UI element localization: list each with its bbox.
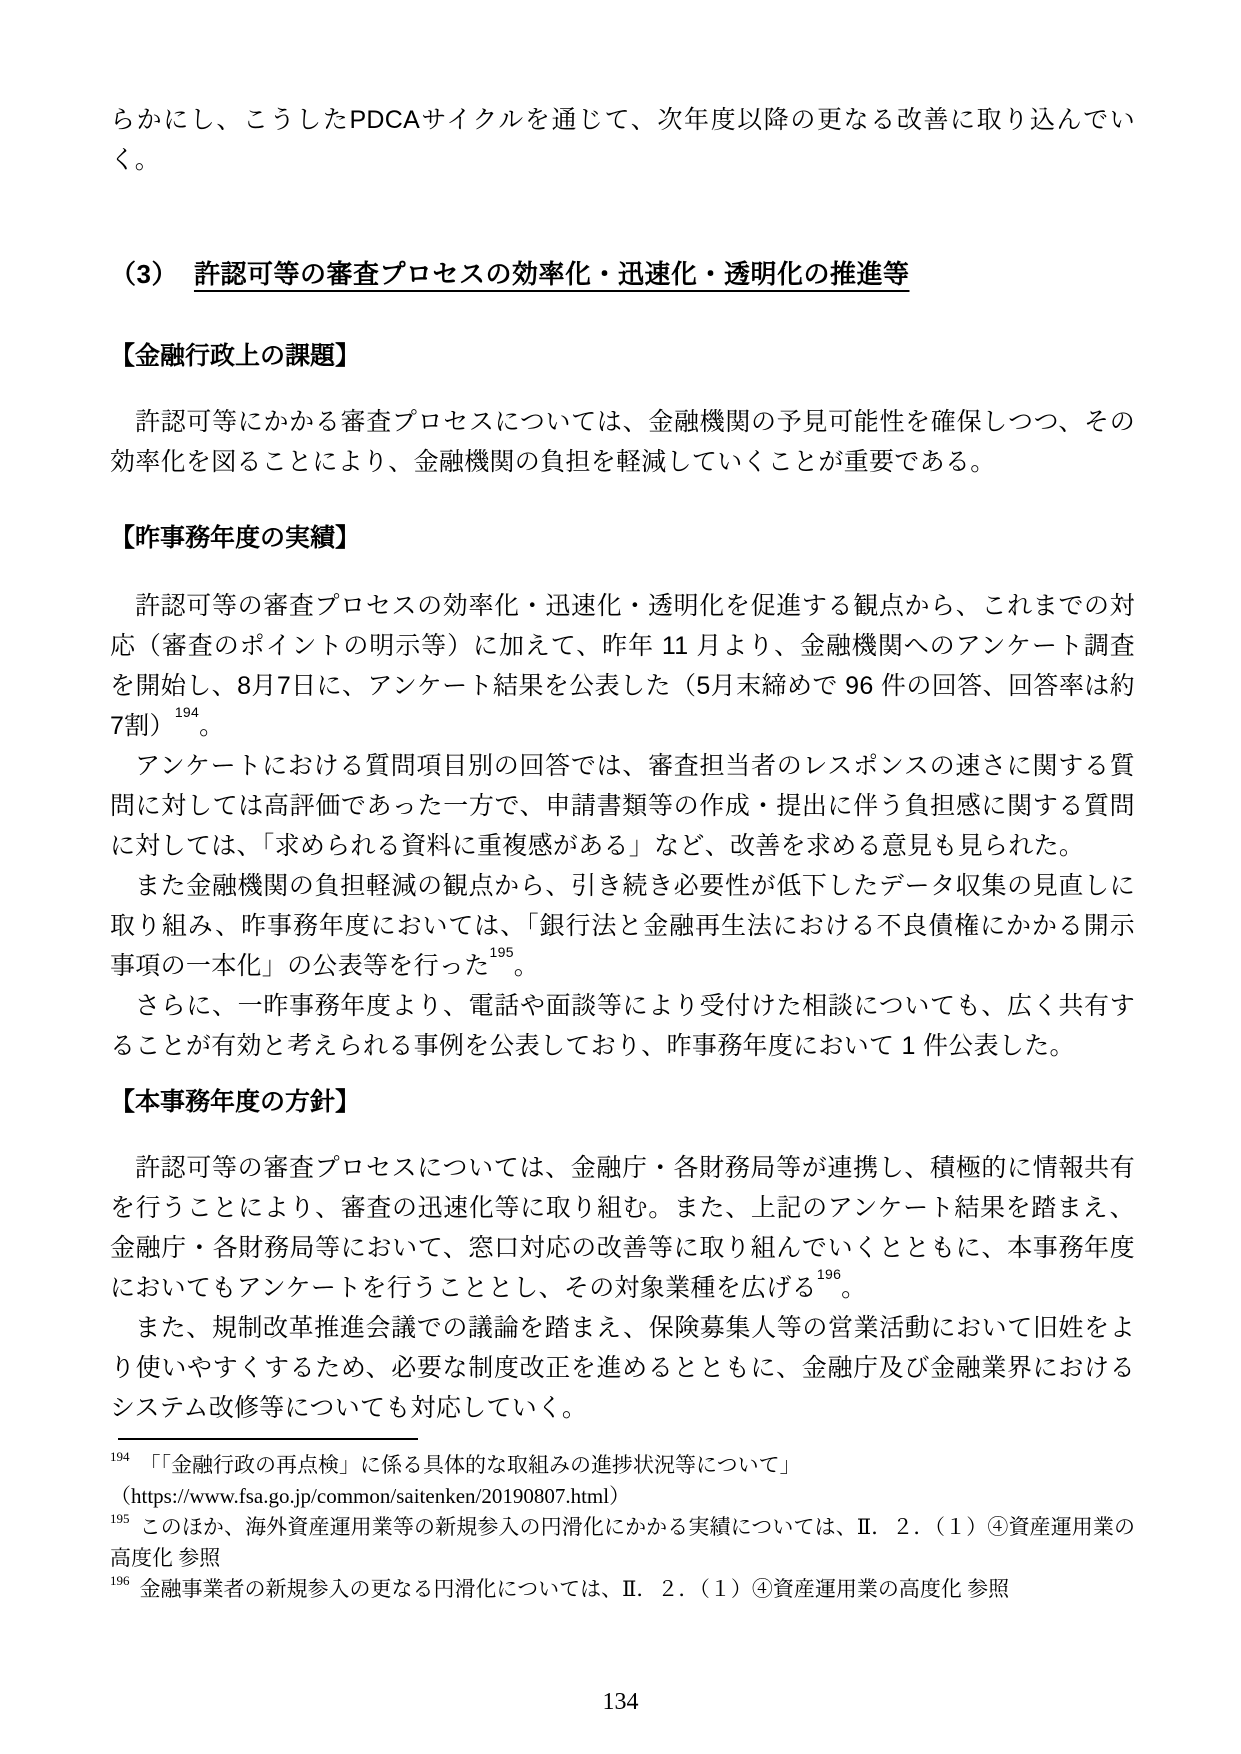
footnote-number-196: 196: [110, 1573, 130, 1588]
subheading-houshin: 【本事務年度の方針】: [110, 1082, 1135, 1122]
continuation-paragraph: らかにし、こうしたPDCAサイクルを通じて、次年度以降の更なる改善に取り込んでい…: [110, 100, 1135, 180]
para-b2: また、規制改革推進会議での議論を踏まえ、保険募集人等の営業活動において旧姓をより…: [110, 1308, 1135, 1428]
footnote-196: 196金融事業者の新規参入の更なる円滑化については、Ⅱ．２．（１）④資産運用業の…: [110, 1574, 1135, 1605]
document-page: らかにし、こうしたPDCAサイクルを通じて、次年度以降の更なる改善に取り込んでい…: [0, 0, 1241, 1754]
footnote-194-line-2: （https://www.fsa.go.jp/common/saitenken/…: [110, 1484, 630, 1508]
subheading-jisseki: 【昨事務年度の実績】: [110, 518, 1135, 558]
footnote-194-line-1: 「「金融行政の再点検」に係る具体的な取組みの進捗状況等について」: [140, 1453, 801, 1477]
para-intro: 許認可等にかかる審査プロセスについては、金融機関の予見可能性を確保しつつ、その効…: [110, 402, 1135, 482]
para-a2: アンケートにおける質問項目別の回答では、審査担当者のレスポンスの速さに関する質問…: [110, 746, 1135, 866]
footnote-separator: [118, 1438, 418, 1440]
document-body: らかにし、こうしたPDCAサイクルを通じて、次年度以降の更なる改善に取り込んでい…: [110, 100, 1135, 1428]
footnote-ref-194: 194: [175, 704, 199, 720]
para-b1: 許認可等の審査プロセスについては、金融庁・各財務局等が連携し、積極的に情報共有を…: [110, 1148, 1135, 1308]
para-a4: さらに、一昨事務年度より、電話や面談等により受付けた相談についても、広く共有する…: [110, 986, 1135, 1066]
footnotes-section: 194「「金融行政の再点検」に係る具体的な取組みの進捗状況等について」（http…: [110, 1438, 1135, 1605]
footnote-ref-196: 196: [817, 1266, 841, 1282]
footnote-194: 194「「金融行政の再点検」に係る具体的な取組みの進捗状況等について」（http…: [110, 1450, 1135, 1512]
footnote-number-195: 195: [110, 1511, 130, 1526]
para-a3: また金融機関の負担軽減の観点から、引き続き必要性が低下したデータ収集の見直しに取…: [110, 866, 1135, 986]
footnote-number-194: 194: [110, 1449, 130, 1464]
section-title: 許認可等の審査プロセスの効率化・迅速化・透明化の推進等: [194, 259, 910, 289]
footnote-ref-195: 195: [490, 944, 514, 960]
footnote-196-line-1: 金融事業者の新規参入の更なる円滑化については、Ⅱ．２．（１）④資産運用業の高度化…: [140, 1577, 1010, 1601]
subheading-kadai: 【金融行政上の課題】: [110, 336, 1135, 376]
para-a1: 許認可等の審査プロセスの効率化・迅速化・透明化を促進する観点から、これまでの対応…: [110, 586, 1135, 746]
section-number: （3）: [110, 259, 178, 289]
footnotes-list: 194「「金融行政の再点検」に係る具体的な取組みの進捗状況等について」（http…: [110, 1450, 1135, 1605]
footnote-195-line-1: このほか、海外資産運用業等の新規参入の円滑化にかかる実績については、Ⅱ．２．（１…: [110, 1515, 1135, 1570]
page-number: 134: [0, 1689, 1241, 1716]
footnote-195: 195このほか、海外資産運用業等の新規参入の円滑化にかかる実績については、Ⅱ．２…: [110, 1512, 1135, 1574]
section-heading: （3）許認可等の審査プロセスの効率化・迅速化・透明化の推進等: [110, 252, 1135, 296]
